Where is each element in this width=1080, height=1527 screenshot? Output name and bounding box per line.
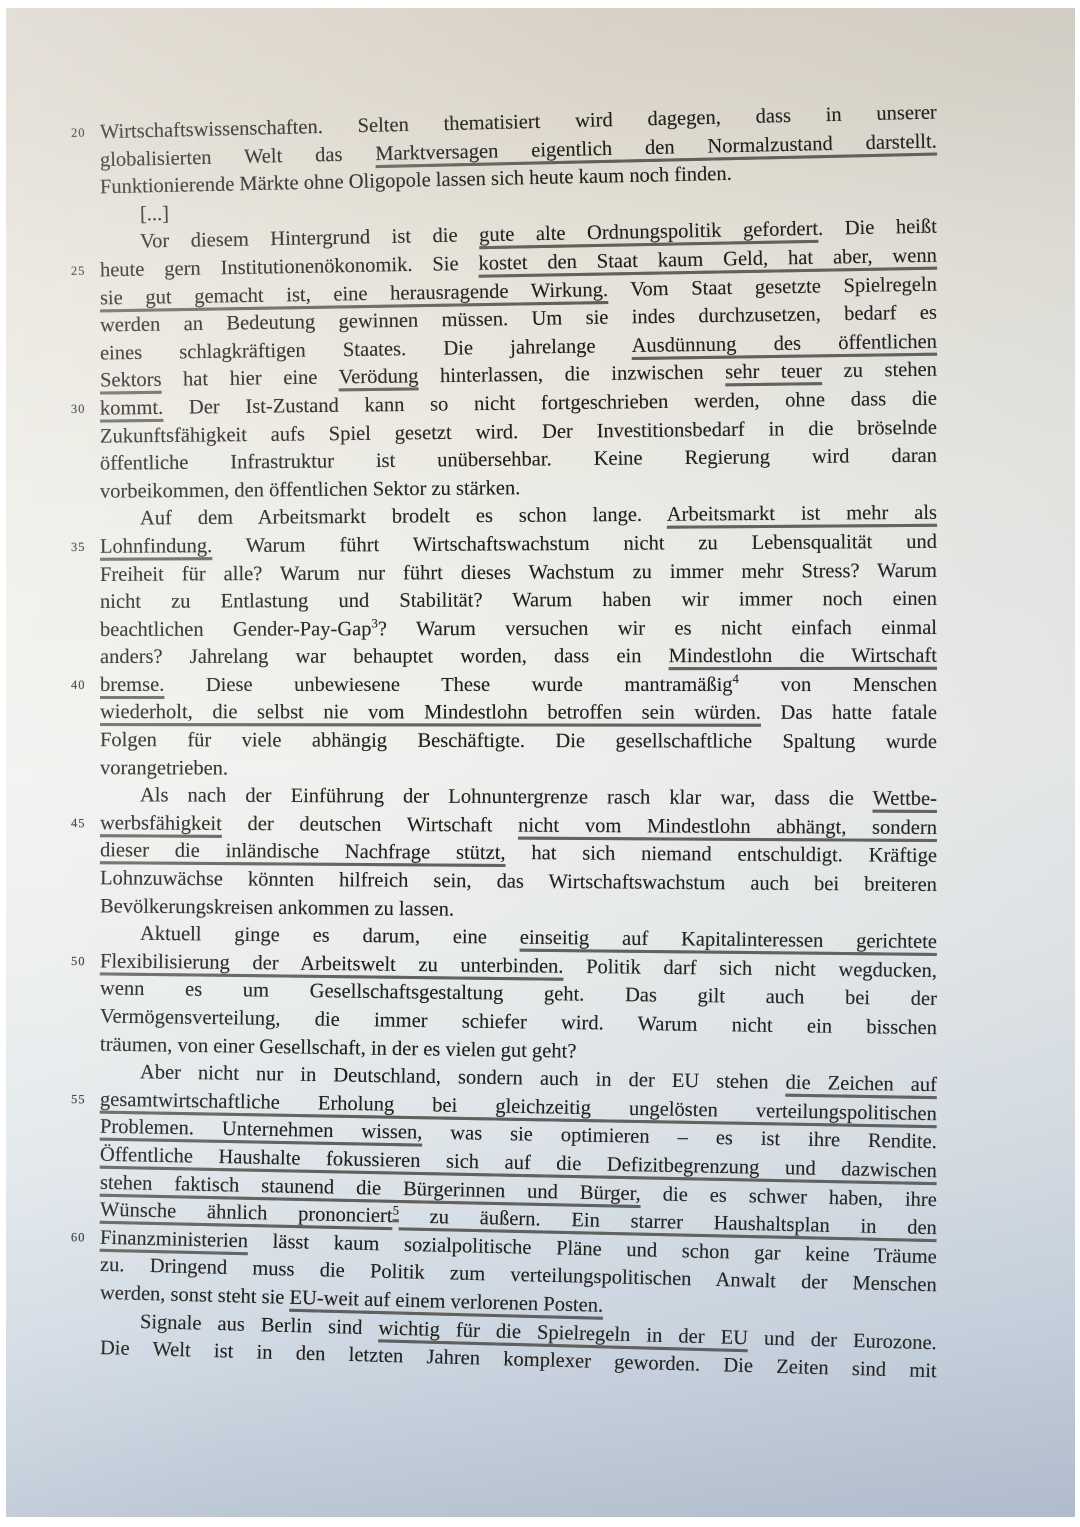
line-number: 30 [66,396,100,424]
text-segment: Bevölkerungskreisen ankommen zu lassen. [100,895,454,920]
text-segment: . Die heißt [818,216,937,240]
line-number [66,617,100,645]
line-number [66,478,100,506]
underlined-phrase: Ausdünnung des öffentlichen [632,330,938,356]
text-segment: ? Warum versuchen wir es nicht einfach e… [378,617,937,640]
line-number [66,340,100,368]
line-number [66,1196,101,1224]
text-line: vorangetrieben. [66,755,937,785]
underlined-phrase: werbsfähigkeit [100,812,222,835]
line-text: Als nach der Einführung der Lohnuntergre… [100,782,937,813]
line-number [66,1334,101,1363]
text-line: Freiheit für alle? Warum nur führt diese… [66,557,937,589]
text-segment: vorangetrieben. [100,757,228,779]
line-number [66,727,100,755]
underlined-phrase: Lohnfindung. [100,535,212,558]
text-segment: Auf dem Arbeitsmarkt brodelt es schon la… [140,504,667,530]
underlined-phrase: dieser die inländische Nachfrage stützt, [100,840,506,865]
text-segment: Politik darf sich nicht wegducken, [563,956,937,982]
line-number: 35 [66,534,100,562]
line-number [66,1279,101,1307]
line-number [66,1307,101,1335]
underlined-phrase: Mindestlohn die Wirtschaft [669,645,937,667]
line-number [66,1113,101,1141]
text-segment: nicht zu Entlastung und Stabilität? Waru… [100,588,937,613]
line-number [66,561,100,589]
line-number: 20 [66,119,101,147]
text-line: 35Lohnfindung. Warum führt Wirtschaftswa… [66,529,937,562]
underlined-phrase: nicht vom Mindestlohn abhängt, sondern [518,814,937,838]
line-number [66,837,100,865]
scanned-page-photo: 20Wirtschaftswissenschaften. Selten them… [6,8,1075,1517]
text-line: anders? Jahrelang war behauptet worden, … [66,643,937,672]
text-segment: vorbeikommen, den öffentlichen Sektor zu… [100,477,520,503]
underlined-phrase: Arbeitsmarkt ist mehr als [667,502,937,526]
line-number [66,313,100,341]
underlined-phrase: sehr teuer [725,360,822,383]
text-segment: werden, sonst steht sie [100,1282,290,1309]
line-number [66,865,100,893]
underlined-phrase: Sektors [100,369,162,392]
line-number [66,285,100,313]
line-number [66,174,101,202]
text-segment: öffentliche Infrastruktur ist unübersehb… [100,445,937,475]
text-segment: und der Eurozone. [748,1327,937,1354]
line-text: Freiheit für alle? Warum nur führt diese… [100,557,937,589]
text-segment: hat sich niemand entschuldigt. Kräftige [505,842,937,867]
text-segment: [...] [140,203,169,226]
line-text: anders? Jahrelang war behauptet worden, … [100,643,937,672]
line-text: vorangetrieben. [100,755,937,785]
line-number: 50 [66,948,100,976]
line-number: 60 [66,1224,101,1252]
underlined-phrase: Wettbe- [873,788,937,810]
text-segment: der deutschen Wirtschaft [222,813,518,837]
text-segment: hinterlassen, die inzwischen [418,362,725,388]
underlined-phrase: Finanzministerien [100,1227,249,1252]
text-segment: Diese unbewiesene These wurde mantramäßi… [164,674,732,696]
text-segment: Warum führt Wirtschaftswachstum nicht zu… [212,531,937,557]
text-segment: Das hatte fatale [761,702,937,724]
text-segment: anders? Jahrelang war behauptet worden, … [100,645,669,668]
text-line: beachtlichen Gender-Pay-Gap3? Warum vers… [66,615,937,645]
line-number [66,589,100,617]
text-segment: Vom Staat gesetzte Spielregeln [608,273,937,300]
text-line: nicht zu Entlastung und Stabilität? Waru… [66,586,937,617]
text-segment: Aktuell ginge es darum, eine [140,923,520,949]
line-number: 25 [66,257,100,285]
line-number [66,368,100,396]
line-number [66,782,100,810]
line-number [66,1003,100,1031]
text-line: 40bremse. Diese unbewiesene These wurde … [66,672,937,700]
line-number [66,1058,100,1086]
underlined-phrase: bremse. [100,674,164,696]
line-number: 40 [66,672,100,700]
underlined-phrase: die Zeichen auf [785,1072,937,1096]
underlined-phrase: wiederholt, die selbst nie vom Mindestlo… [100,702,761,725]
line-number: 55 [66,1086,100,1114]
underlined-phrase: Flexibilisierung der Arbeitswelt zu unte… [100,950,564,977]
text-block: 20Wirtschaftswissenschaften. Selten them… [66,120,937,1362]
line-number [66,1251,101,1279]
text-segment: globalisierten Welt das [100,143,376,171]
text-line: wiederholt, die selbst nie vom Mindestlo… [66,699,937,728]
line-number [66,147,101,175]
text-segment: zu stehen [822,359,937,383]
underlined-phrase: einseitig auf Kapitalinteressen gerichte… [520,927,937,953]
text-segment: eines schlagkräftigen Staates. Die jahre… [100,335,632,365]
text-segment: Folgen für viele abhängig Beschäftigte. … [100,729,937,753]
line-number [66,1031,100,1059]
line-text: beachtlichen Gender-Pay-Gap3? Warum vers… [100,615,937,645]
line-text: Folgen für viele abhängig Beschäftigte. … [100,727,937,756]
text-segment: Freiheit für alle? Warum nur führt diese… [100,559,937,585]
text-segment: Signale aus Berlin sind [140,1311,379,1339]
underlined-phrase: EU-weit auf einem verlorenen Posten. [289,1287,603,1317]
underlined-phrase: kommt. [100,397,163,420]
text-line: Als nach der Einführung der Lohnuntergre… [66,782,937,814]
underlined-phrase: kostet den Staat kaum Geld, hat aber, we… [478,245,937,275]
line-text: nicht zu Entlastung und Stabilität? Waru… [100,586,937,617]
line-number [66,506,100,534]
line-number [66,230,101,258]
text-segment: heute gern Institutionenökonomik. Sie [100,253,479,282]
line-text: Lohnfindung. Warum führt Wirtschaftswach… [100,529,937,562]
line-number [66,755,100,783]
text-segment: die es schwer haben, ihre [641,1183,938,1211]
line-text: wiederholt, die selbst nie vom Mindestlo… [100,700,937,728]
line-number [66,893,100,921]
underlined-phrase: gute alte Ordnungspolitik gefordert [479,218,818,246]
text-segment: von Menschen [739,674,937,696]
line-number [66,451,100,479]
line-number [66,202,101,230]
text-segment: träumen, von einer Gesellschaft, in der … [100,1033,577,1062]
text-segment: Vor diesem Hintergrund ist die [140,225,480,253]
text-segment: hat hier eine [161,367,338,391]
line-text: bremse. Diese unbewiesene These wurde ma… [100,672,937,700]
line-number [66,975,100,1003]
line-number [66,1141,101,1169]
line-number [66,920,100,948]
text-segment: Lohnzuwächse könnten hilfreich sein, das… [100,867,937,896]
text-line: Folgen für viele abhängig Beschäftigte. … [66,727,937,757]
line-number [66,423,100,451]
line-number: 45 [66,810,100,838]
underlined-phrase: Verödung [339,366,419,389]
line-number [66,699,100,727]
underlined-phrase: Problemen. Unternehmen wissen, [100,1116,423,1144]
line-number [66,1169,101,1197]
line-number [66,644,100,672]
underlined-phrase: Wünsche ähnlich prononciert [100,1199,393,1227]
text-segment: beachtlichen Gender-Pay-Gap [100,618,372,641]
text-segment: Als nach der Einführung der Lohnuntergre… [140,785,873,810]
